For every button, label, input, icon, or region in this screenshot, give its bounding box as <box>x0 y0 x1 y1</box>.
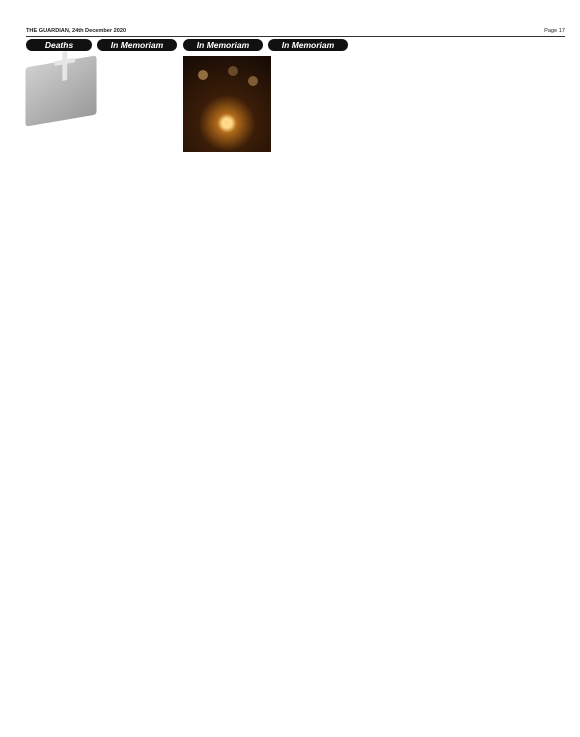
section-header-memoriam: In Memoriam <box>183 39 263 51</box>
candle-image <box>183 56 271 152</box>
column-memoriam-3: In Memoriam <box>268 39 348 56</box>
page-number: Page 17 <box>544 28 565 36</box>
section-header-memoriam: In Memoriam <box>268 39 348 51</box>
bible-icon <box>25 55 96 126</box>
masthead: THE GUARDIAN, 24th December 2020 Page 17 <box>26 28 565 36</box>
newspaper-title: THE GUARDIAN, 24th December 2020 <box>26 28 126 36</box>
column-memoriam-1: In Memoriam <box>97 39 177 56</box>
column-memoriam-2: In Memoriam <box>183 39 263 152</box>
section-header-memoriam: In Memoriam <box>97 39 177 51</box>
column-deaths: Deaths <box>26 39 92 121</box>
masthead-rule <box>26 36 565 37</box>
